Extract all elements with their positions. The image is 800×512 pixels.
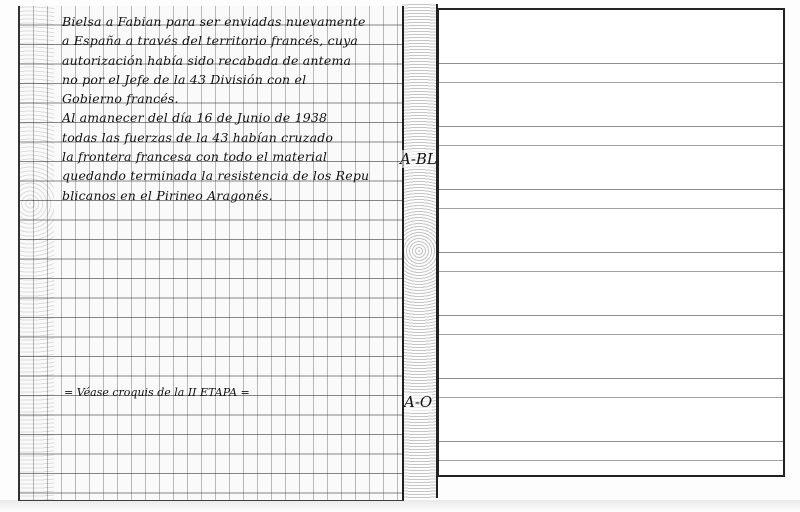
handwritten-text: Bielsa a Fabian para ser enviadas nuevam… (62, 12, 398, 205)
margin-label-a-o: A-O (404, 393, 432, 411)
text-line-2: a España a través del territorio francés… (62, 31, 398, 50)
text-line-1: Bielsa a Fabian para ser enviadas nuevam… (62, 12, 398, 31)
footnote-see-sketch: = Véase croquis de la II ETAPA = (64, 386, 250, 399)
scanned-document: Bielsa a Fabian para ser enviadas nuevam… (0, 0, 800, 512)
text-line-10: blicanos en el Pirineo Aragonés. (62, 186, 398, 205)
scan-bottom-edge (0, 500, 800, 512)
text-line-3: autorización había sido recabada de ante… (62, 51, 398, 70)
text-line-4: no por el Jefe de la 43 División con el (62, 70, 398, 89)
right-page-lined-blank (436, 8, 785, 477)
text-line-9: quedando terminada la resistencia de los… (62, 166, 398, 185)
binding-margin (402, 4, 438, 498)
text-line-8: la frontera francesa con todo el materia… (62, 147, 398, 166)
text-line-5: Gobierno francés. (62, 89, 398, 108)
text-line-6: Al amanecer del día 16 de Junio de 1938 (62, 108, 398, 127)
text-line-7: todas las fuerzas de la 43 habían cruzad… (62, 128, 398, 147)
